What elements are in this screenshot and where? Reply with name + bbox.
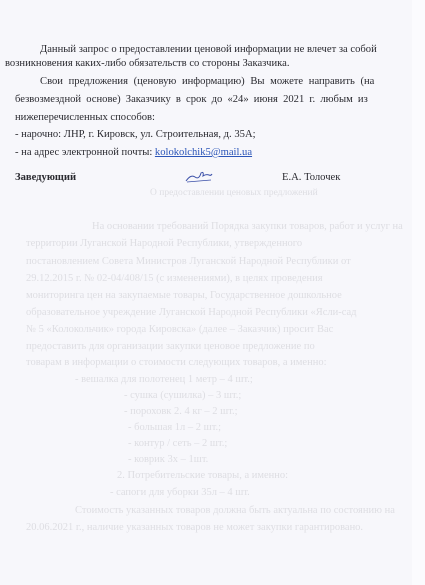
paragraph2-line1: Свои предложения (ценовую информацию) Вы… <box>40 76 374 88</box>
bleed-line: предоставить для организации закупки цен… <box>26 341 315 353</box>
bleed-line: 20.06.2021 г., наличие указанных товаров… <box>26 522 363 534</box>
page-edge <box>412 0 425 585</box>
paragraph2-line3: нижеперечисленных способов: <box>15 112 155 124</box>
bleed-line: товарам в информации о стоимости следующ… <box>26 357 327 369</box>
signatory-position: Заведующий <box>15 172 76 184</box>
paragraph1-line1: Данный запрос о предоставлении ценовой и… <box>40 44 377 56</box>
email-label: - на адрес электронной почты: <box>15 147 155 158</box>
paragraph2-line2: безвозмездной основе) Заказчику в срок д… <box>15 94 368 106</box>
method-courier: - нарочно: ЛНР, г. Кировск, ул. Строител… <box>15 129 256 141</box>
bleed-line: - сапоги для уборки 35л – 4 шт. <box>110 487 250 499</box>
bleed-line: О предоставлении ценовых предложений <box>150 187 318 199</box>
signature-icon <box>185 168 213 184</box>
email-link[interactable]: kolokolchik5@mail.ua <box>155 147 252 158</box>
bleed-line: 2. Потребительские товары, а именно: <box>117 470 288 482</box>
bleed-line: Стоимость указанных товаров должна быть … <box>75 505 395 517</box>
bleed-line: - вешалка для полотенец 1 метр – 4 шт.; <box>75 374 253 386</box>
bleed-line: - контур / сеть – 2 шт.; <box>128 438 227 450</box>
bleed-line: - коврик 3х – 1шт. <box>128 454 208 466</box>
bleed-line: мониторинга цен на закупаемые товары, Го… <box>26 290 342 302</box>
bleed-line: 29.12.2015 г. № 02-04/408/15 (с изменени… <box>26 273 323 285</box>
paragraph1-line2: возникновения каких-либо обязательств со… <box>5 58 290 70</box>
bleed-line: - сушка (сушилка) – 3 шт.; <box>124 390 241 402</box>
bleed-line: образовательное учреждение Луганской Нар… <box>26 307 357 319</box>
method-email: - на адрес электронной почты: kolokolchi… <box>15 147 252 159</box>
scanned-page: О предоставлении ценовых предложений На … <box>0 0 412 585</box>
bleed-line: - большая 1л – 2 шт.; <box>128 422 221 434</box>
bleed-line: - пороховк 2. 4 кг – 2 шт.; <box>124 406 238 418</box>
bleed-line: территории Луганской Народной Республики… <box>26 238 302 250</box>
bleed-line: № 5 «Колокольчик» города Кировска» (дале… <box>26 324 333 336</box>
bleed-line: На основании требований Порядка закупки … <box>92 221 403 233</box>
bleed-line: постановлением Совета Министров Луганско… <box>26 256 351 268</box>
signatory-name: Е.А. Толочек <box>282 172 340 184</box>
